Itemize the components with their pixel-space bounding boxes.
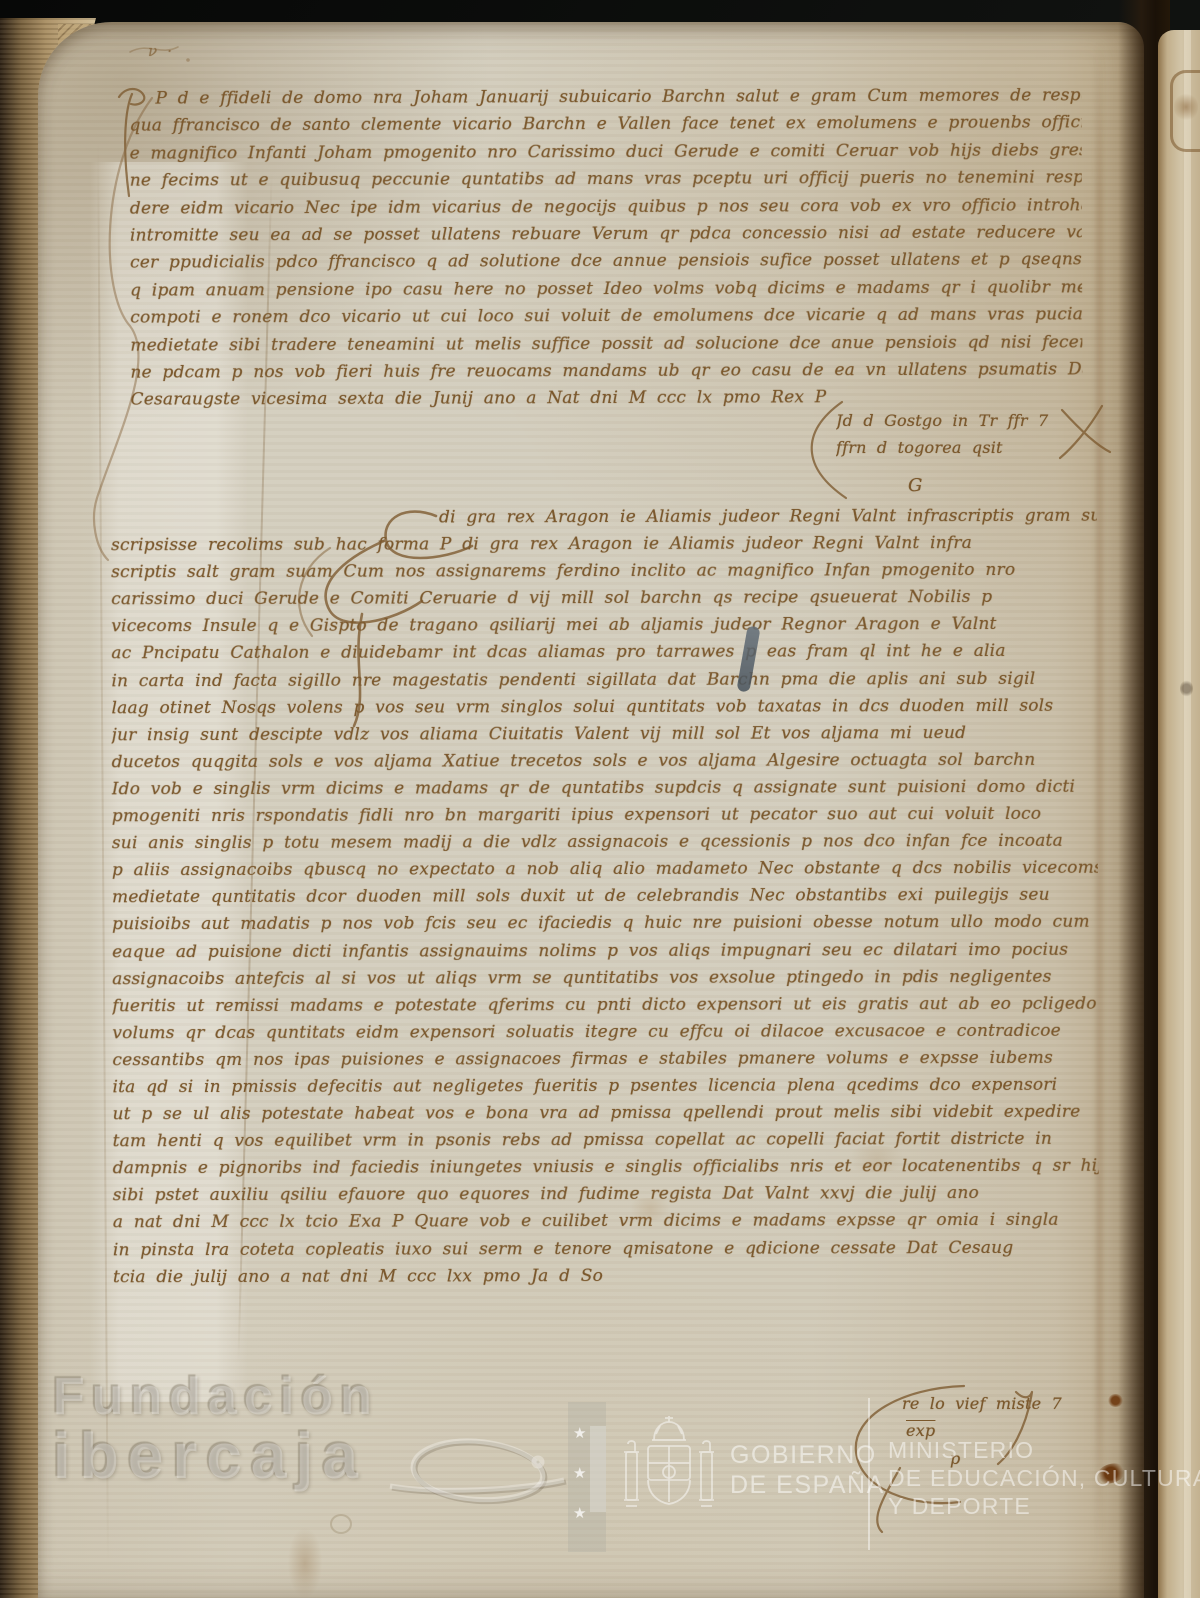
manuscript-line: medietate sibi tradere teneamini ut meli… <box>130 329 1082 360</box>
manuscript-line: ac Pncipatu Cathalon e diuidebamr int dc… <box>111 638 1097 668</box>
manuscript-line: tcia die julij ano a nat dni M ccc lxx p… <box>113 1261 1099 1291</box>
manuscript-line: eaque ad puisione dicti infantis assigna… <box>112 936 1098 966</box>
streak-stain <box>288 1528 322 1598</box>
watermark-government: ★ ★ ★ GOBIERNO DE ESPAÑA MINISTERIO DE E… <box>566 1396 1152 1552</box>
manuscript-line: vicecoms Insule q e Gispto de tragano qs… <box>111 611 1097 641</box>
watermark-ibercaja: Fundación ibercaja <box>52 1366 378 1492</box>
stamp-stain <box>1174 92 1198 122</box>
manuscript-line: ne pdcam p nos vob fieri huis fre reuoca… <box>130 356 1082 387</box>
manuscript-line: cessantibs qm nos ipas puisiones e assig… <box>112 1045 1098 1075</box>
chancery-note: Jd d Gostgo in Tr ffr 7 ffrn d togorea q… <box>836 408 1116 463</box>
chancery-note-line: ffrn d togorea qsit <box>836 435 1116 462</box>
manuscript-line: compoti e ronem dco vicario ut cui loco … <box>130 301 1082 332</box>
manuscript-entry-1: P d e ffideli de domo nra Joham Januarij… <box>129 82 1082 414</box>
ibercaja-logo-icon <box>388 1428 568 1512</box>
manuscript-line: p aliis assignacoibs qbuscq no expectato… <box>112 855 1098 885</box>
facing-page-highlight <box>1184 30 1191 1598</box>
manuscript-line: di gra rex Aragon ie Aliamis judeor Regn… <box>111 503 1097 533</box>
ring-stain <box>330 1514 352 1534</box>
ibercaja-watermark-line2: ibercaja <box>52 1418 378 1492</box>
chancery-mark: G <box>908 472 923 499</box>
manuscript-line: in pinsta lra coteta copleatis iuxo sui … <box>113 1234 1099 1264</box>
manuscript-line: qua ffrancisco de santo clemente vicario… <box>130 110 1082 141</box>
manuscript-line: laag otinet Nosqs volens p vos seu vrm s… <box>111 692 1097 722</box>
manuscript-line: intromitte seu ea ad se posset ullatens … <box>130 219 1082 250</box>
ministerio-line2: DE EDUCACIÓN, CULTURA <box>888 1464 1200 1492</box>
gobierno-label: GOBIERNO DE ESPAÑA <box>730 1440 885 1500</box>
manuscript-line: ducetos quqgita sols e vos aljama Xatiue… <box>112 747 1098 777</box>
soft-stain <box>624 1198 676 1220</box>
gobierno-line1: GOBIERNO <box>730 1440 885 1470</box>
manuscript-line: dere eidm vicario Nec ipe idm vicarius d… <box>130 192 1082 223</box>
manuscript-line: in carta ind facta sigillo nre magestati… <box>111 665 1097 695</box>
manuscript-line: dampnis e pignoribs ind faciedis iniunge… <box>113 1153 1099 1183</box>
manuscript-line: fueritis ut remissi madams e potestate q… <box>112 990 1098 1020</box>
manuscript-line: cer ppudicialis pdco ffrancisco q ad sol… <box>130 247 1082 278</box>
manuscript-line: e magnifico Infanti Joham pmogenito nro … <box>130 137 1082 168</box>
manuscript-line: medietate quntitatis dcor duoden mill so… <box>112 882 1098 912</box>
soft-stain <box>842 1146 912 1172</box>
ministerio-line1: MINISTERIO <box>888 1436 1200 1464</box>
ibercaja-watermark-line1: Fundación <box>52 1366 378 1426</box>
manuscript-entry-2: di gra rex Aragon ie Aliamis judeor Regn… <box>111 503 1099 1291</box>
star-icon: ★ <box>573 1504 586 1522</box>
manuscript-line: tam henti q vos equilibet vrm in psonis … <box>113 1126 1099 1156</box>
manuscript-line: scriptis salt gram suam Cum nos assignar… <box>111 557 1097 587</box>
chancery-note-line: Jd d Gostgo in Tr ffr 7 <box>836 408 1116 435</box>
ministerio-line3: Y DEPORTE <box>888 1492 1200 1520</box>
star-icon: ★ <box>573 1464 586 1482</box>
star-icon: ★ <box>573 1424 586 1442</box>
manuscript-line: Ido vob e singlis vrm dicims e madams qr… <box>112 774 1098 804</box>
eu-bar-inner <box>590 1426 606 1512</box>
manuscript-line: pmogeniti nris rspondatis fidli nro bn m… <box>112 801 1098 831</box>
manuscript-scan: ν · P d e ffideli de domo nra Joham Janu… <box>0 0 1200 1598</box>
facing-page-edge <box>1158 30 1200 1598</box>
ministerio-label: MINISTERIO DE EDUCACIÓN, CULTURA Y DEPOR… <box>888 1436 1200 1520</box>
manuscript-line: q ipam anuam pensione ipo casu here no p… <box>130 274 1082 305</box>
manuscript-line: scripsisse recolims sub hac forma P di g… <box>111 530 1097 560</box>
manuscript-line: P d e ffideli de domo nra Joham Januarij… <box>129 82 1081 113</box>
manuscript-line: volums qr dcas quntitats eidm expensori … <box>112 1017 1098 1047</box>
watermark-separator <box>868 1398 870 1550</box>
margin-squiggle: ν · <box>148 38 172 65</box>
manuscript-line: jur insig sunt descipte vdlz vos aliama … <box>112 719 1098 749</box>
manuscript-line: sui anis singlis p totu mesem madij a di… <box>112 828 1098 858</box>
edge-stain <box>1180 680 1193 697</box>
gobierno-line2: DE ESPAÑA <box>730 1470 885 1500</box>
manuscript-line: ita qd si in pmissis defecitis aut negli… <box>112 1072 1098 1102</box>
manuscript-line: puisioibs aut madatis p nos vob fcis seu… <box>112 909 1098 939</box>
manuscript-line: carissimo duci Gerude e Comiti Ceruarie … <box>111 584 1097 614</box>
manuscript-line: assignacoibs antefcis al si vos ut aliqs… <box>112 963 1098 993</box>
eu-stars-bar-icon: ★ ★ ★ <box>568 1402 606 1552</box>
manuscript-line: ne fecims ut e quibusuq peccunie quntati… <box>130 165 1082 196</box>
manuscript-line: sibi pstet auxiliu qsiliu efauore quo eq… <box>113 1180 1099 1210</box>
manuscript-line: ut p se ul alis potestate habeat vos e b… <box>113 1099 1099 1129</box>
spain-coat-of-arms-icon <box>614 1414 724 1536</box>
page-edge-seam <box>97 142 109 1562</box>
manuscript-line: a nat dni M ccc lx tcio Exa P Quare vob … <box>113 1207 1099 1237</box>
